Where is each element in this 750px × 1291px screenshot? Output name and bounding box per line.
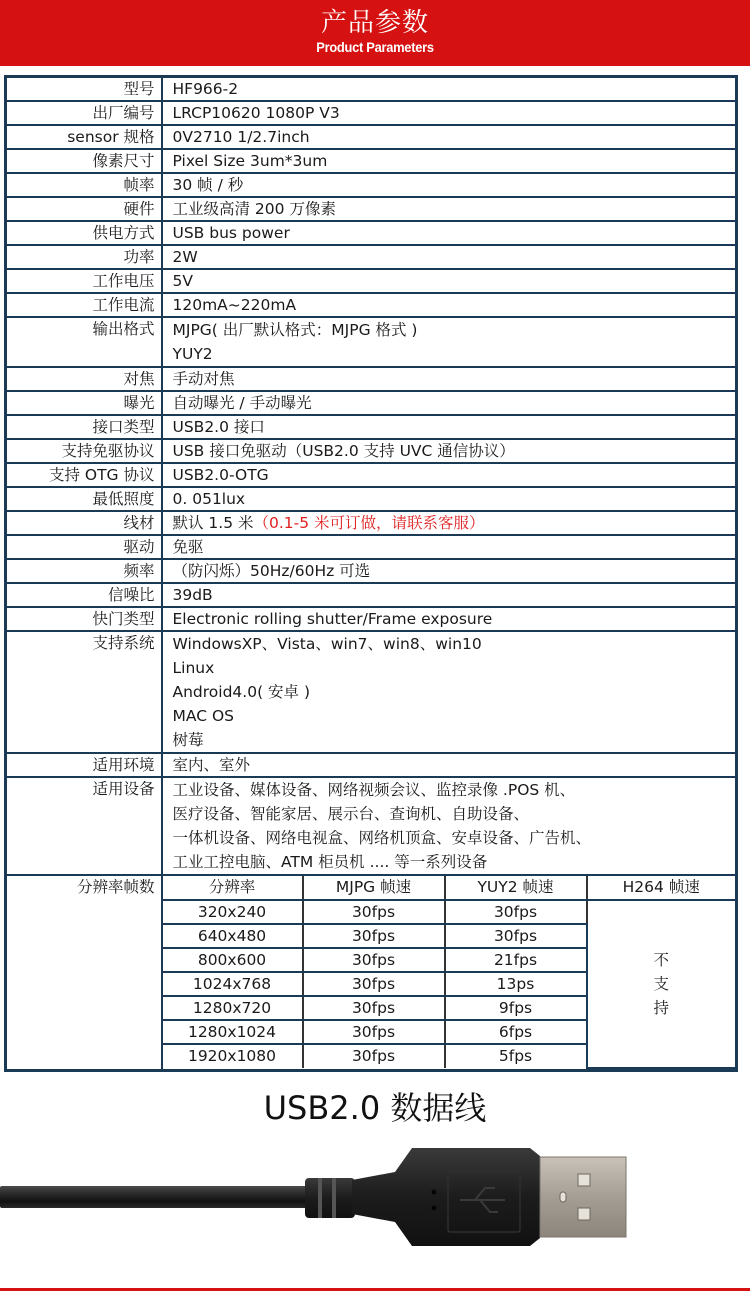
spec-label: 出厂编号 (6, 101, 162, 125)
spec-row-devices: 适用设备 工业设备、媒体设备、网络视频会议、监控录像 .POS 机、 医疗设备、… (6, 777, 737, 875)
resolution-header-row: 分辨率 MJPG 帧速 YUY2 帧速 H264 帧速 (163, 876, 736, 900)
spec-row-min-illumination: 最低照度 0. 051lux (6, 487, 737, 511)
spec-value: 0. 051lux (162, 487, 737, 511)
spec-label: 快门类型 (6, 607, 162, 631)
spec-value: 免驱 (162, 535, 737, 559)
spec-line: 一体机设备、网络电视盒、网络机顶盒、安卓设备、广告机、 (173, 826, 736, 850)
cable-custom-note: （0.1-5 米可订做，请联系客服） (254, 514, 485, 532)
spec-label: 适用环境 (6, 753, 162, 777)
spec-label: 支持 OTG 协议 (6, 463, 162, 487)
spec-label: 像素尺寸 (6, 149, 162, 173)
spec-row-hardware: 硬件 工业级高清 200 万像素 (6, 197, 737, 221)
spec-label: 频率 (6, 559, 162, 583)
spec-row-voltage: 工作电压 5V (6, 269, 737, 293)
spec-value: 室内、室外 (162, 753, 737, 777)
res-yuy2: 9fps (445, 996, 587, 1020)
res-mjpg: 30fps (303, 996, 445, 1020)
res-resolution: 320x240 (163, 900, 303, 924)
res-yuy2: 30fps (445, 924, 587, 948)
res-header-h264: H264 帧速 (587, 876, 736, 900)
spec-label: 适用设备 (6, 777, 162, 875)
spec-row-cable: 线材 默认 1.5 米（0.1-5 米可订做，请联系客服） (6, 511, 737, 535)
cable-section-title: USB2.0 数据线 (0, 1088, 750, 1128)
spec-row-output-format: 输出格式 MJPG( 出厂默认格式：MJPG 格式 ) YUY2 (6, 317, 737, 367)
res-mjpg: 30fps (303, 900, 445, 924)
spec-value: USB2.0-OTG (162, 463, 737, 487)
spec-label: 接口类型 (6, 415, 162, 439)
spec-label: 供电方式 (6, 221, 162, 245)
cable-default-length: 默认 1.5 米 (173, 514, 254, 532)
spec-label: 工作电压 (6, 269, 162, 293)
spec-row-interface: 接口类型 USB2.0 接口 (6, 415, 737, 439)
spec-label: 型号 (6, 77, 162, 102)
res-yuy2: 13ps (445, 972, 587, 996)
h264-char: 持 (588, 996, 736, 1020)
spec-value: 默认 1.5 米（0.1-5 米可订做，请联系客服） (162, 511, 737, 535)
spec-value: Electronic rolling shutter/Frame exposur… (162, 607, 737, 631)
spec-value: USB bus power (162, 221, 737, 245)
spec-value: LRCP10620 1080P V3 (162, 101, 737, 125)
spec-row-power-supply: 供电方式 USB bus power (6, 221, 737, 245)
spec-row-snr: 信噪比 39dB (6, 583, 737, 607)
spec-value: HF966-2 (162, 77, 737, 102)
h264-char: 支 (588, 972, 736, 996)
spec-line: MAC OS (173, 704, 736, 728)
spec-row-frequency: 频率 （防闪烁）50Hz/60Hz 可选 (6, 559, 737, 583)
spec-value-multiline: WindowsXP、Vista、win7、win8、win10 Linux An… (162, 631, 737, 753)
spec-label: 分辨率帧数 (6, 875, 162, 1071)
res-yuy2: 21fps (445, 948, 587, 972)
spec-row-sensor: sensor 规格 0V2710 1/2.7inch (6, 125, 737, 149)
spec-value: 30 帧 / 秒 (162, 173, 737, 197)
spec-value: 自动曝光 / 手动曝光 (162, 391, 737, 415)
spec-value: USB 接口免驱动（USB2.0 支持 UVC 通信协议） (162, 439, 737, 463)
res-resolution: 1280x720 (163, 996, 303, 1020)
spec-row-pixel-size: 像素尺寸 Pixel Size 3um*3um (6, 149, 737, 173)
spec-line: YUY2 (173, 342, 736, 366)
spec-table: 型号 HF966-2 出厂编号 LRCP10620 1080P V3 senso… (4, 75, 738, 1072)
spec-row-current: 工作电流 120mA~220mA (6, 293, 737, 317)
spec-line: 工业设备、媒体设备、网络视频会议、监控录像 .POS 机、 (173, 778, 736, 802)
spec-row-systems: 支持系统 WindowsXP、Vista、win7、win8、win10 Lin… (6, 631, 737, 753)
resolution-cell: 分辨率 MJPG 帧速 YUY2 帧速 H264 帧速 320x240 30fp… (162, 875, 737, 1071)
spec-value: Pixel Size 3um*3um (162, 149, 737, 173)
res-header-yuy2: YUY2 帧速 (445, 876, 587, 900)
spec-value-multiline: MJPG( 出厂默认格式：MJPG 格式 ) YUY2 (162, 317, 737, 367)
spec-label: 对焦 (6, 367, 162, 391)
res-resolution: 1280x1024 (163, 1020, 303, 1044)
spec-value: 工业级高清 200 万像素 (162, 197, 737, 221)
spec-line: WindowsXP、Vista、win7、win8、win10 (173, 632, 736, 656)
spec-value: 39dB (162, 583, 737, 607)
cable-cord (0, 1186, 310, 1208)
spec-value: （防闪烁）50Hz/60Hz 可选 (162, 559, 737, 583)
res-mjpg: 30fps (303, 972, 445, 996)
usb-a-connector (540, 1157, 626, 1237)
header-title-en: Product Parameters (30, 38, 720, 56)
spec-label: sensor 规格 (6, 125, 162, 149)
spec-label: 功率 (6, 245, 162, 269)
res-header-mjpg: MJPG 帧速 (303, 876, 445, 900)
spec-label: 线材 (6, 511, 162, 535)
res-mjpg: 30fps (303, 948, 445, 972)
spec-value: 0V2710 1/2.7inch (162, 125, 737, 149)
res-mjpg: 30fps (303, 1020, 445, 1044)
spec-value-multiline: 工业设备、媒体设备、网络视频会议、监控录像 .POS 机、 医疗设备、智能家居、… (162, 777, 737, 875)
spec-label: 支持免驱协议 (6, 439, 162, 463)
spec-label: 硬件 (6, 197, 162, 221)
spec-row-environment: 适用环境 室内、室外 (6, 753, 737, 777)
spec-value: 5V (162, 269, 737, 293)
spec-label: 帧率 (6, 173, 162, 197)
spec-value: 120mA~220mA (162, 293, 737, 317)
spec-label: 曝光 (6, 391, 162, 415)
res-h264-unsupported: 不 支 持 (587, 900, 736, 1068)
spec-label: 信噪比 (6, 583, 162, 607)
header-title-cn: 产品参数 (0, 0, 750, 38)
spec-row-factory-no: 出厂编号 LRCP10620 1080P V3 (6, 101, 737, 125)
spec-label: 驱动 (6, 535, 162, 559)
spec-label: 输出格式 (6, 317, 162, 367)
res-mjpg: 30fps (303, 1044, 445, 1068)
spec-row-exposure: 曝光 自动曝光 / 手动曝光 (6, 391, 737, 415)
spec-row-power: 功率 2W (6, 245, 737, 269)
spec-value: USB2.0 接口 (162, 415, 737, 439)
spec-row-resolution: 分辨率帧数 分辨率 MJPG 帧速 YUY2 帧速 H264 帧速 320x24… (6, 875, 737, 1071)
usb-cable-image (0, 1140, 750, 1280)
spec-row-focus: 对焦 手动对焦 (6, 367, 737, 391)
spec-line: Linux (173, 656, 736, 680)
spec-line: Android4.0( 安卓 ) (173, 680, 736, 704)
res-yuy2: 30fps (445, 900, 587, 924)
spec-value: 手动对焦 (162, 367, 737, 391)
spec-row-driver: 驱动 免驱 (6, 535, 737, 559)
res-yuy2: 5fps (445, 1044, 587, 1068)
resolution-table: 分辨率 MJPG 帧速 YUY2 帧速 H264 帧速 320x240 30fp… (163, 876, 736, 1069)
spec-line: MJPG( 出厂默认格式：MJPG 格式 ) (173, 318, 736, 342)
res-mjpg: 30fps (303, 924, 445, 948)
res-resolution: 640x480 (163, 924, 303, 948)
res-resolution: 1920x1080 (163, 1044, 303, 1068)
spec-label: 最低照度 (6, 487, 162, 511)
page-header: 产品参数 Product Parameters (0, 0, 750, 66)
spec-label: 支持系统 (6, 631, 162, 753)
spec-line: 树莓 (173, 728, 736, 752)
res-header-resolution: 分辨率 (163, 876, 303, 900)
spec-row-otg: 支持 OTG 协议 USB2.0-OTG (6, 463, 737, 487)
spec-row-shutter: 快门类型 Electronic rolling shutter/Frame ex… (6, 607, 737, 631)
spec-row-driver-protocol: 支持免驱协议 USB 接口免驱动（USB2.0 支持 UVC 通信协议） (6, 439, 737, 463)
h264-char: 不 (588, 948, 736, 972)
res-yuy2: 6fps (445, 1020, 587, 1044)
spec-value: 2W (162, 245, 737, 269)
res-resolution: 1024x768 (163, 972, 303, 996)
res-resolution: 800x600 (163, 948, 303, 972)
spec-line: 医疗设备、智能家居、展示台、查询机、自助设备、 (173, 802, 736, 826)
resolution-row: 320x240 30fps 30fps 不 支 持 (163, 900, 736, 924)
spec-label: 工作电流 (6, 293, 162, 317)
spec-line: 工业工控电脑、ATM 柜员机 .... 等一系列设备 (173, 850, 736, 874)
spec-row-model: 型号 HF966-2 (6, 77, 737, 102)
spec-row-frame-rate: 帧率 30 帧 / 秒 (6, 173, 737, 197)
